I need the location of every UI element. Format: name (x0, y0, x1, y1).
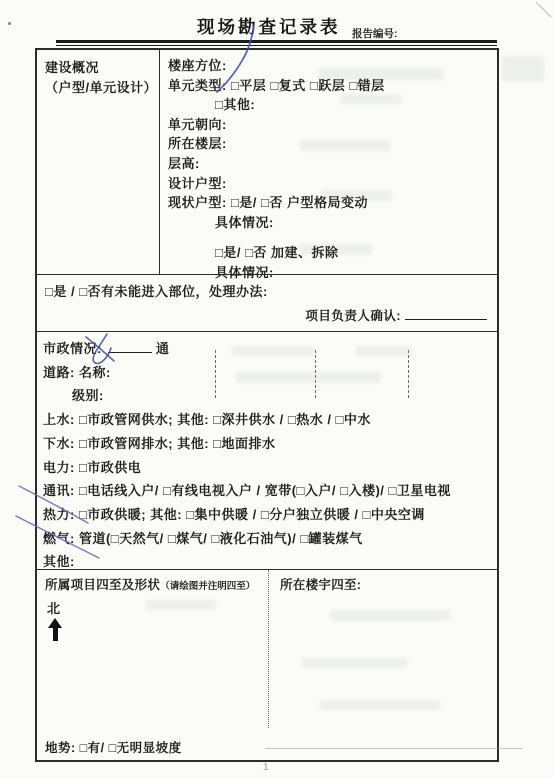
field-layout-change-details: 具体情况: (215, 213, 491, 233)
corner-scan-artifact (536, 2, 551, 17)
project-bounds-cell: 所属项目四至及形状（请绘图并注明四至） 北 (37, 570, 270, 760)
scan-speck (8, 22, 11, 25)
field-municipal-status: 市政情况:通 (43, 337, 491, 361)
building-bounds-header: 所在楼宇四至: (280, 575, 493, 593)
field-water-supply: 上水: □市政管网供水; 其他: □深井供水 / □热水 / □中水 (43, 408, 491, 432)
field-drainage: 下水: □市政管网排水; 其他: □地面排水 (43, 432, 491, 456)
field-electric-power: 电力: □市政供电 (43, 456, 491, 480)
road-column-guide (315, 350, 316, 398)
section-construction: 建设概况 （户型/单元设计） 楼座方位: 单元类型: □平层 □复式 □跃层 □… (37, 50, 497, 275)
municipal-blank-line (108, 342, 152, 353)
report-number-label: 报告编号: (352, 26, 398, 41)
bounds-cell-divider (268, 570, 269, 728)
construction-fields-cell: 楼座方位: 单元类型: □平层 □复式 □跃层 □错层 □其他: 单元朝向: 所… (160, 50, 497, 274)
field-terrain-slope: 地势: □有/ □无明显坡度 (45, 738, 182, 756)
north-arrow-icon (48, 618, 64, 641)
field-heating: 热力: □市政供暖; 其他: □集中供暖 / □分户独立供暖 / □中央空调 (43, 503, 491, 527)
field-road-name: 道路: 名称: (43, 361, 491, 385)
field-telecom: 通讯: □电话线入户/ □有线电视入户 / 宽带(□入户/ □入楼)/ □卫星电… (43, 479, 491, 503)
terrain-faint-rule (265, 748, 523, 749)
section-municipal: 市政情况:通 道路: 名称: 级别: 上水: □市政管网供水; 其他: □深井供… (37, 332, 497, 570)
field-unit-orientation: 单元朝向: (168, 115, 491, 135)
field-unit-type: 单元类型: □平层 □复式 □跃层 □错层 (168, 76, 491, 96)
field-unit-type-other: □其他: (215, 95, 491, 115)
road-column-guide (215, 350, 216, 398)
field-floor-height: 层高: (168, 154, 491, 174)
field-inaccessible-areas: □是 / □否有未能进入部位，处理办法: (37, 275, 497, 302)
project-bounds-header: 所属项目四至及形状（请绘图并注明四至） (45, 575, 266, 593)
title-divider (56, 40, 497, 46)
field-floor-number: 所在楼层: (168, 134, 491, 154)
scanned-form-page: 现场勘查记录表 报告编号: 建设概况 （户型/单元设计） 楼座方位: 单元类型:… (0, 0, 555, 778)
field-design-layout: 设计户型: (168, 174, 491, 194)
confirmation-signature-line (405, 308, 487, 320)
section-four-bounds: 所属项目四至及形状（请绘图并注明四至） 北 所在楼宇四至: 地势: □有/ □无… (37, 570, 497, 760)
building-bounds-cell: 所在楼宇四至: (270, 570, 497, 760)
section-inaccessible-areas: □是 / □否有未能进入部位，处理办法: 项目负责人确认: (37, 275, 497, 332)
field-current-layout: 现状户型: □是/ □否 户型格局变动 (168, 193, 491, 213)
section-sublabel: （户型/单元设计） (45, 78, 153, 98)
field-gas: 燃气: 管道(□天然气/ □煤气/ □液化石油气)/ □罐装煤气 (43, 527, 491, 551)
page-title: 现场勘查记录表 (197, 14, 341, 39)
project-manager-confirmation: 项目负责人确认: (305, 306, 487, 324)
road-column-guide (408, 350, 409, 398)
construction-label-cell: 建设概况 （户型/单元设计） (37, 50, 160, 274)
page-number: 1 (263, 762, 269, 773)
section-label: 建设概况 (45, 58, 153, 78)
field-addition-demolition: □是/ □否 加建、拆除 (215, 243, 491, 263)
bleedthrough-mark (502, 56, 544, 82)
confirmation-label: 项目负责人确认: (305, 309, 401, 323)
field-building-position: 楼座方位: (168, 56, 491, 76)
form-table: 建设概况 （户型/单元设计） 楼座方位: 单元类型: □平层 □复式 □跃层 □… (35, 48, 499, 762)
sketch-instruction-note: （请绘图并注明四至） (160, 581, 255, 592)
field-road-level: 级别: (72, 384, 491, 408)
north-label: 北 (47, 598, 266, 617)
